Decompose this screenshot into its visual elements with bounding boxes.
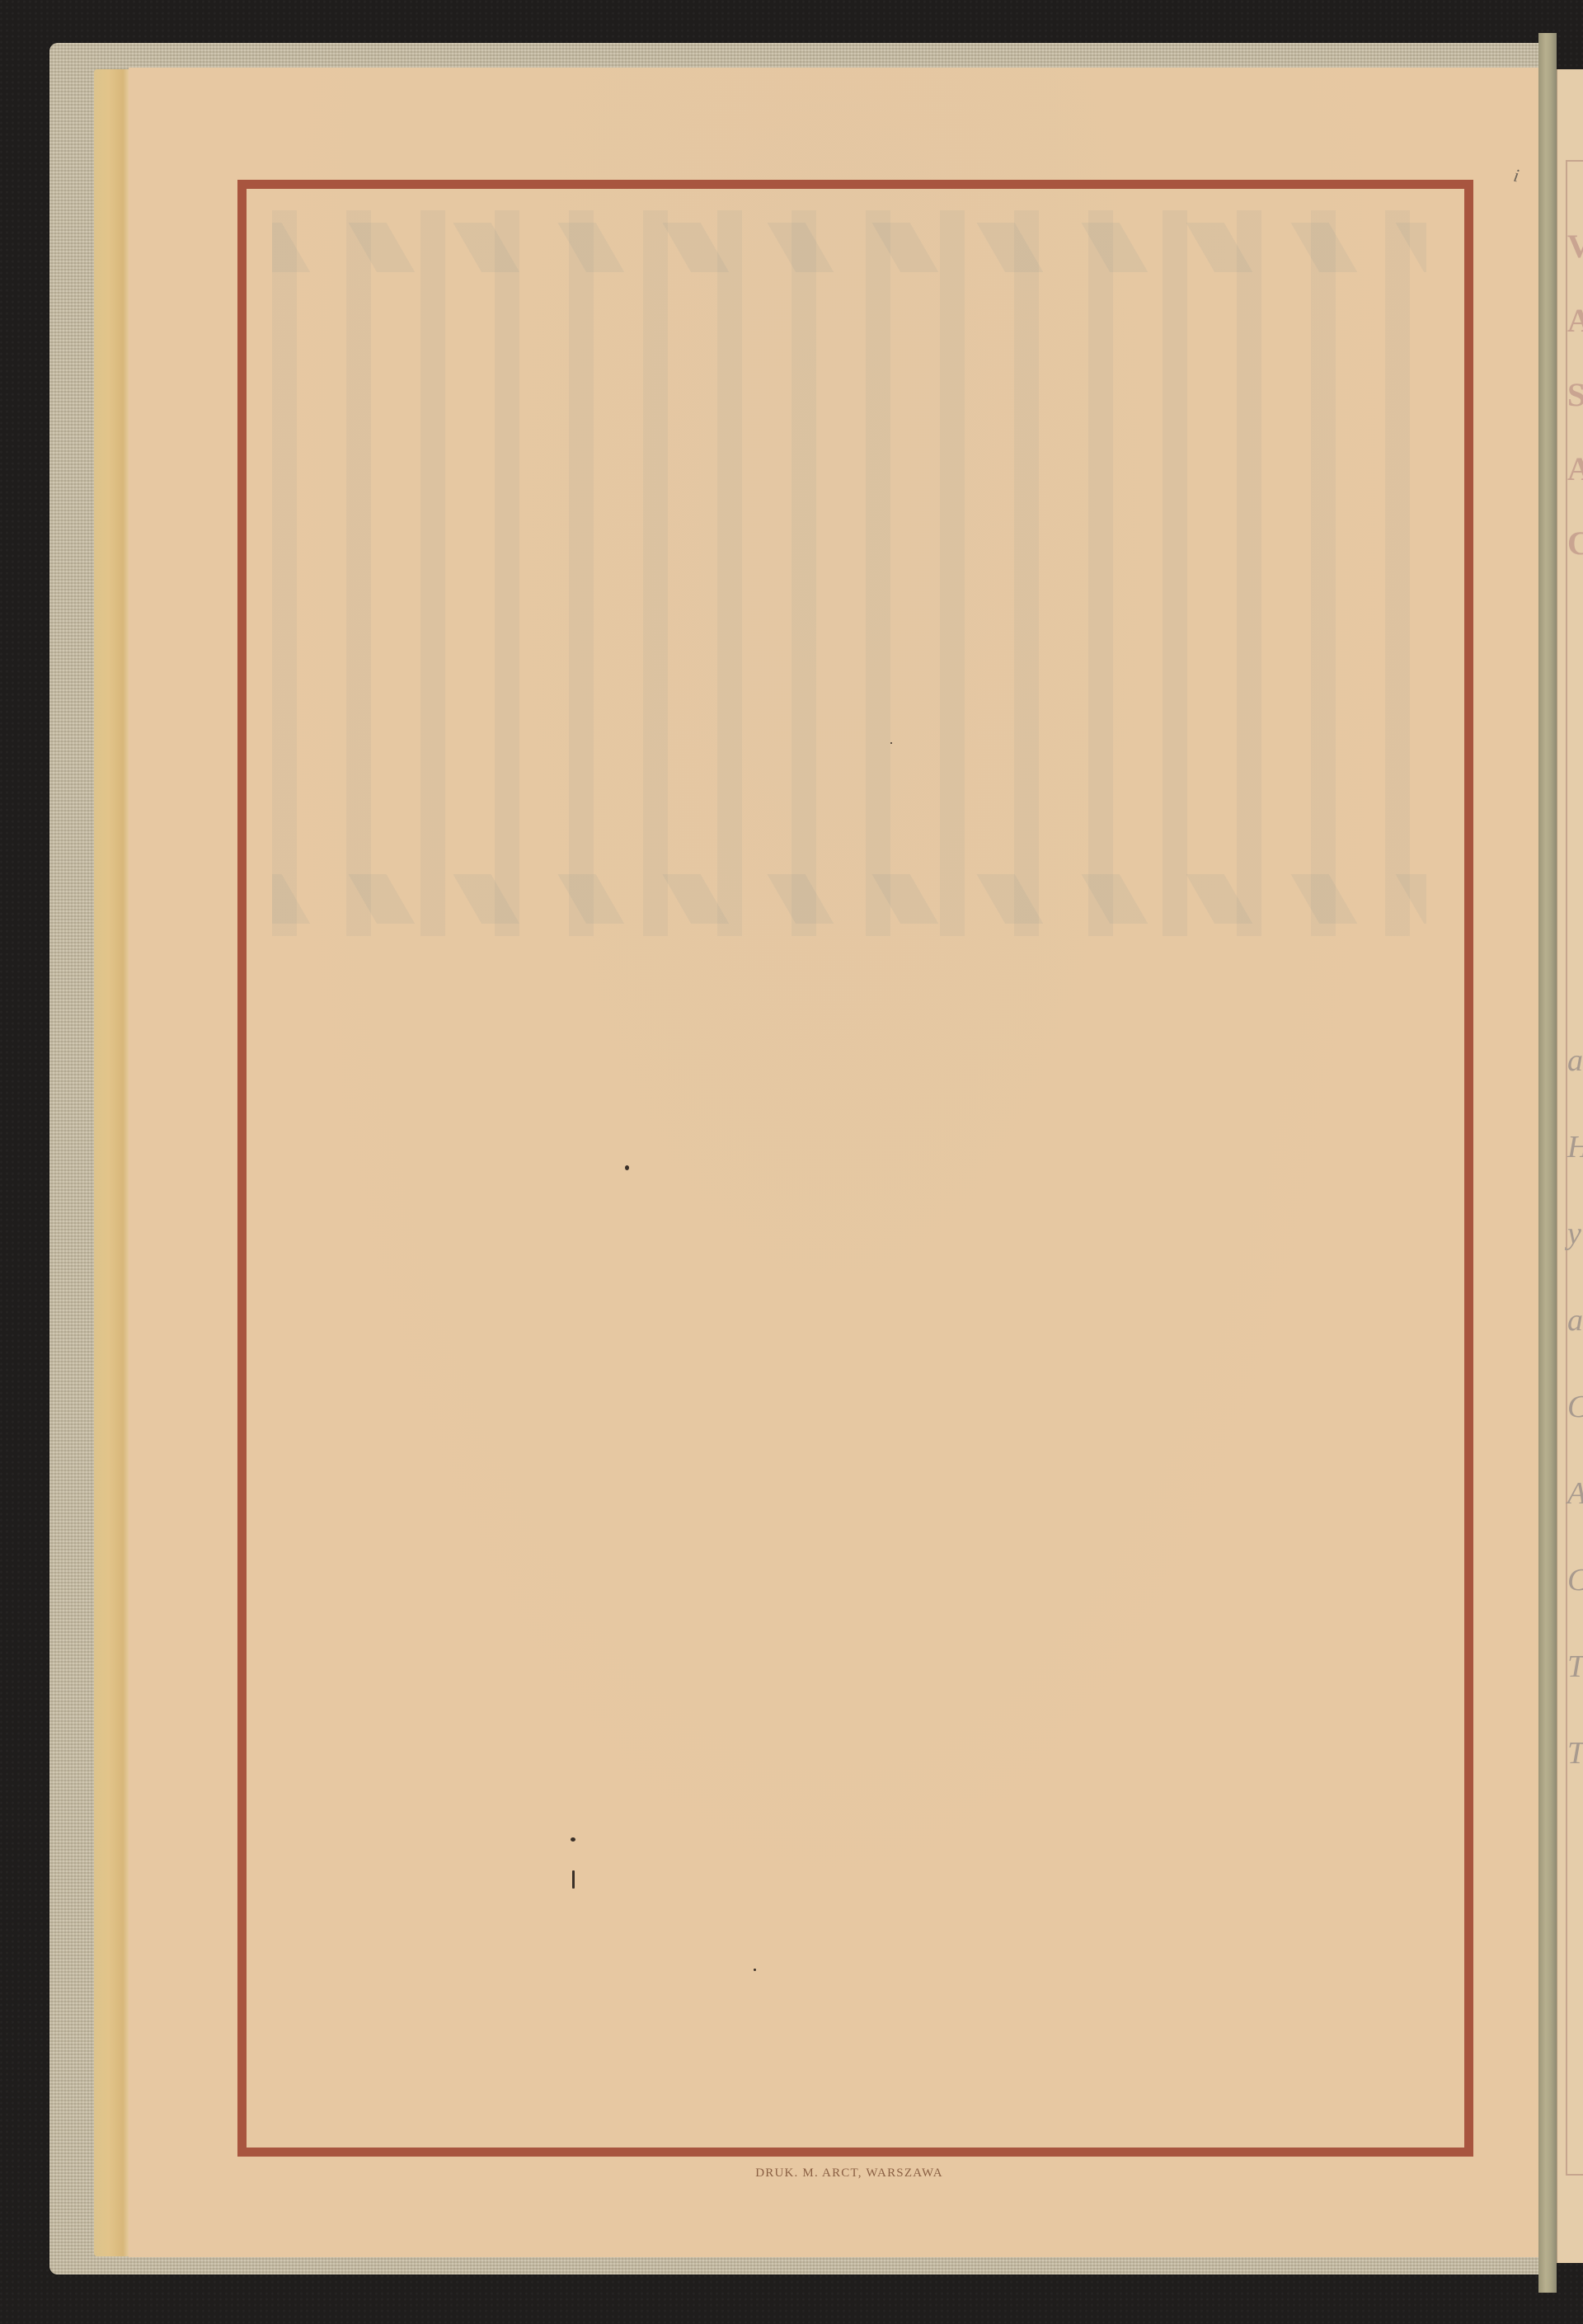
paper-speck [754,1969,756,1971]
paper-speck [571,1837,575,1842]
next-page-script-text: a H y a C A C T T [1567,1018,1583,1797]
page-edges [94,69,130,2256]
paper-speck [572,1870,575,1889]
page-border-frame [237,180,1473,2157]
paper-speck [625,1165,629,1170]
next-page-decorative-letters: V A S A C [1567,209,1583,581]
next-page-sliver: V A S A C a H y a C A C T T [1557,69,1583,2263]
printer-imprint: DRUK. M. ARCT, WARSZAWA [735,2166,963,2181]
paper-speck [890,742,892,744]
book-gutter [1538,33,1557,2293]
